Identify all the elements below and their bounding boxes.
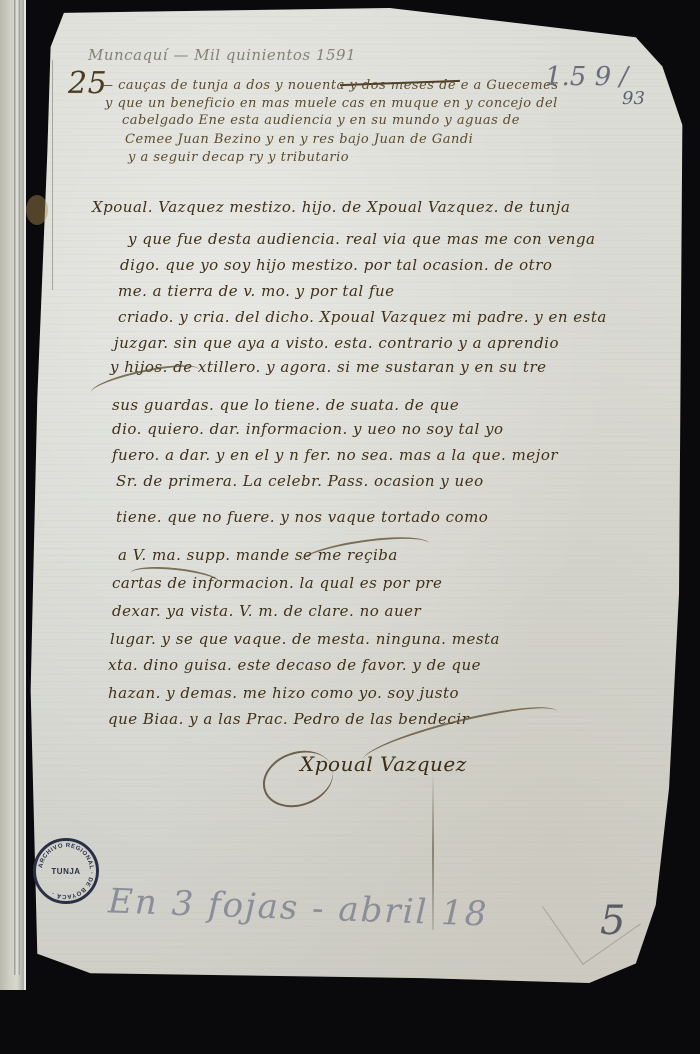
body-line-15: dexar. ya vista. V. m. de clare. no auer xyxy=(112,602,421,620)
header-line-4: Cemee Juan Bezino y en y res bajo Juan d… xyxy=(125,132,473,147)
header-line-5: y a seguir decap ry y tributario xyxy=(128,150,349,165)
body-line-3: digo. que yo soy hijo mestizo. por tal o… xyxy=(120,256,552,274)
body-line-16: lugar. y se que vaque. de mesta. ninguna… xyxy=(110,630,500,648)
svg-text:ARCHIVO REGIONAL · DE BOYACÁ ·: ARCHIVO REGIONAL · DE BOYACÁ · xyxy=(38,843,94,900)
body-line-4: me. a tierra de v. mo. y por tal fue xyxy=(118,282,395,300)
paper-stain xyxy=(26,195,48,225)
body-line-19: que Biaa. y a las Prac. Pedro de las ben… xyxy=(108,710,469,728)
body-line-18: hazan. y demas. me hizo como yo. soy jus… xyxy=(108,684,459,702)
body-line-6: juzgar. sin que aya a visto. esta. contr… xyxy=(114,334,559,352)
binding-edge xyxy=(14,0,20,975)
header-line-1: — cauças de tunja a dos y nouenta y dos … xyxy=(100,78,559,93)
manuscript-sheet xyxy=(24,8,689,983)
body-line-11: Sr. de primera. La celebr. Pass. ocasion… xyxy=(116,472,484,490)
body-line-9: dio. quiero. dar. informacion. y ueo no … xyxy=(112,420,504,438)
header-line-3: cabelgado Ene esta audiencia y en su mun… xyxy=(122,113,520,128)
header-title-line: Muncaquí — Mil quinientos 1591 xyxy=(88,46,356,64)
body-line-12: tiene. que no fuere. y nos vaque tortado… xyxy=(116,508,488,526)
stamp-ring-text-icon: ARCHIVO REGIONAL · DE BOYACÁ · xyxy=(33,838,99,904)
archive-stamp: ARCHIVO REGIONAL · DE BOYACÁ · TUNJA xyxy=(33,838,99,904)
body-line-5: criado. y cria. del dicho. Xpoual Vazque… xyxy=(118,308,607,326)
torn-edge xyxy=(28,60,53,290)
folio-secondary-number: 93 xyxy=(622,88,645,109)
body-line-2: y que fue desta audiencia. real via que … xyxy=(128,230,596,248)
body-line-17: xta. dino guisa. este decaso de favor. y… xyxy=(108,656,481,674)
body-line-1: Xpoual. Vazquez mestizo. hijo. de Xpoual… xyxy=(92,198,570,216)
adjacent-page-edge xyxy=(0,0,26,990)
body-line-10: fuero. a dar. y en el y n fer. no sea. m… xyxy=(112,446,558,464)
folio-number: 1.5 9 / xyxy=(545,62,628,92)
header-line-2: y que un beneficio en mas muele cas en m… xyxy=(105,96,558,111)
scan-viewport: Muncaquí — Mil quinientos 1591 25 — cauç… xyxy=(0,0,700,1054)
body-line-8: sus guardas. que lo tiene. de suata. de … xyxy=(112,396,459,414)
